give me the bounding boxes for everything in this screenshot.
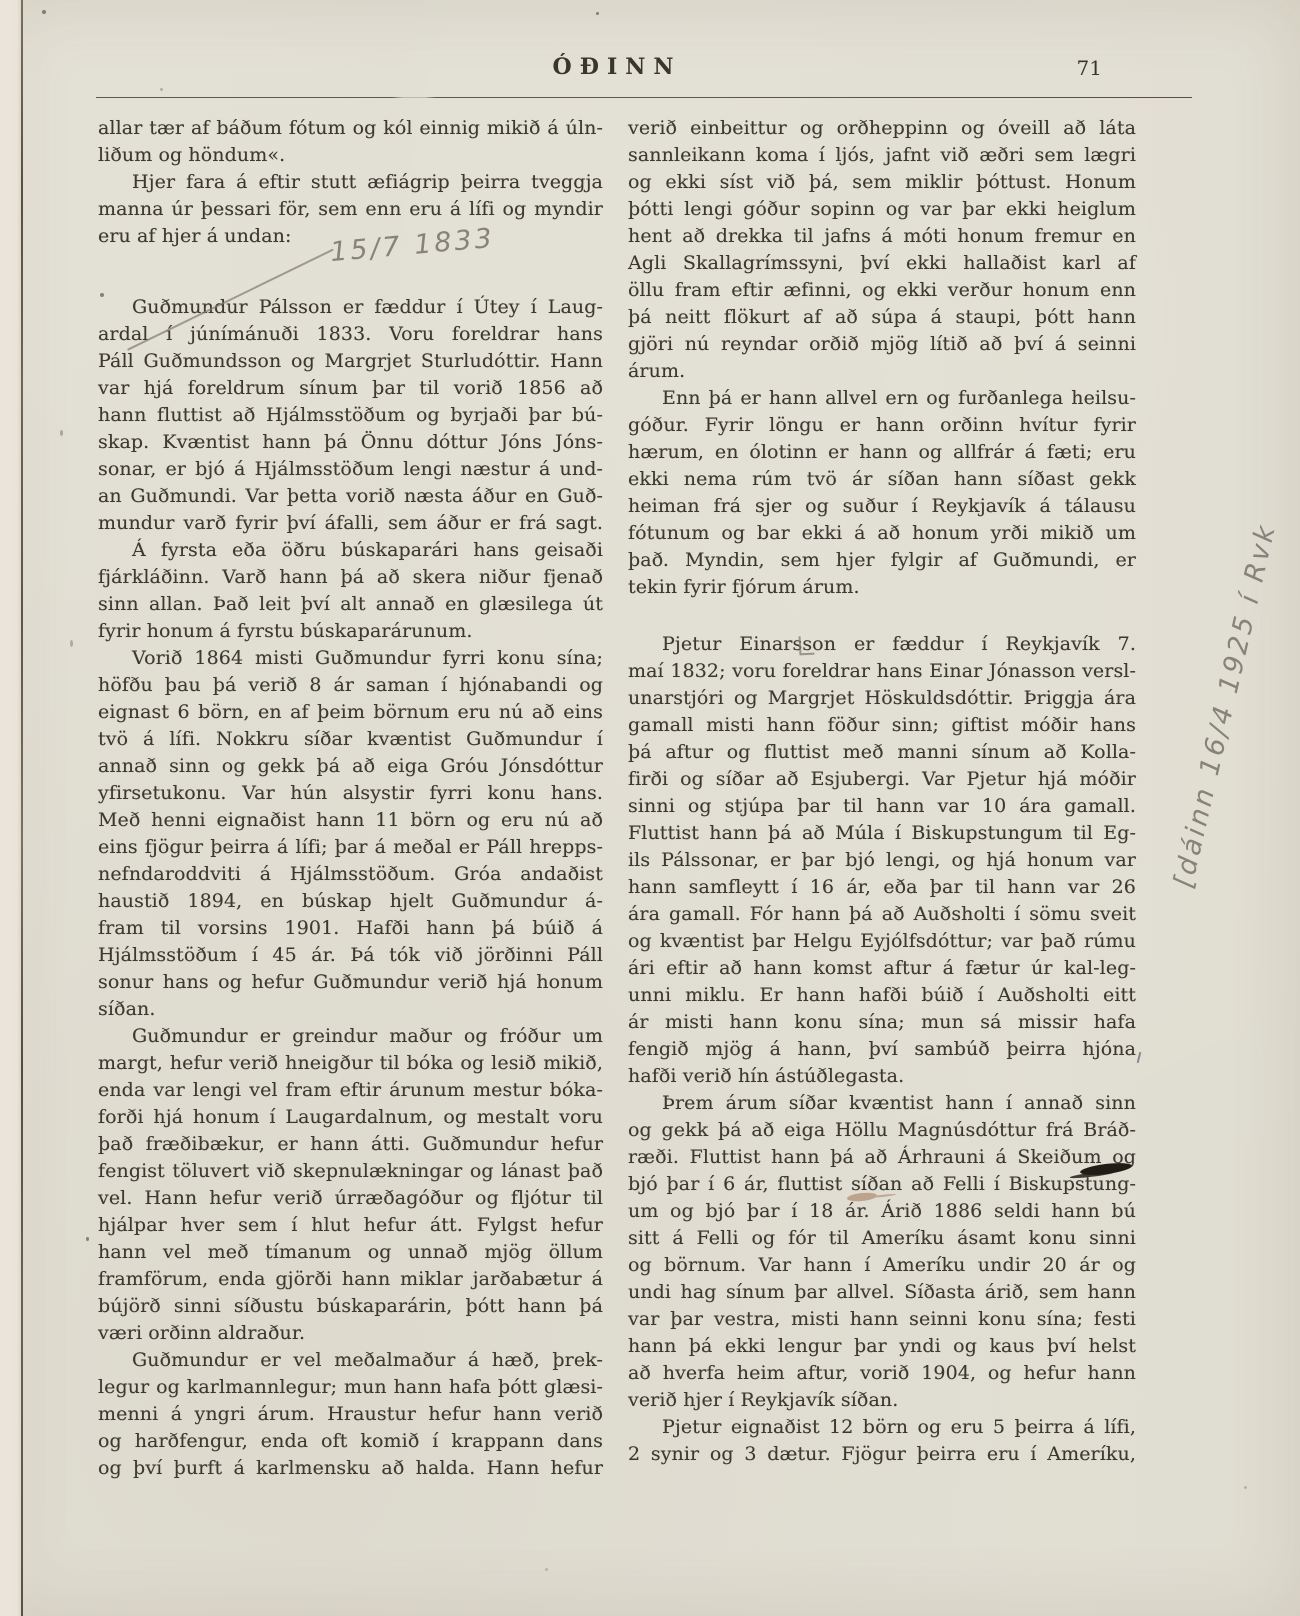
text-line: yfirsetukonu. Var hún alsystir fyrri kon… (98, 780, 603, 807)
text-line: tvö á lífi. Nokkru síðar kvæntist Guðmun… (98, 726, 603, 753)
text-line: sinn allan. Það leit því alt annað en gl… (98, 591, 603, 618)
text-line: ári eftir að hann komst aftur á fætur úr… (628, 955, 1136, 982)
text-line: verið einbeittur og orðheppinn og óveill… (628, 115, 1136, 142)
text-line: Fluttist hann þá að Múla í Biskupstungum… (628, 820, 1136, 847)
text-line: eignast 6 börn, en af þeim börnum eru nú… (98, 699, 603, 726)
text-line: allar tær af báðum fótum og kól einnig m… (98, 115, 603, 142)
text-line: um og bjó þar í 18 ár. Árið 1886 seldi h… (628, 1198, 1136, 1225)
text-line: væri orðinn aldraður. (98, 1320, 603, 1347)
paper-speck (100, 293, 104, 297)
text-line: það. Myndin, sem hjer fylgir af Guðmundi… (628, 547, 1136, 574)
text-line: fengið mjög á hann, því sambúð þeirra hj… (628, 1036, 1136, 1063)
paper-speck (60, 430, 63, 436)
pencil-tick-mark (1137, 1052, 1142, 1063)
text-line: Guðmundur er vel meðalmaður á hæð, þrek- (98, 1347, 603, 1374)
text-line: maí 1832; voru foreldrar hans Einar Jóna… (628, 658, 1136, 685)
text-line: fengist töluvert við skepnulækningar og … (98, 1158, 603, 1185)
text-line: manna úr þessari för, sem enn eru á lífi… (98, 196, 603, 223)
text-line: fyrir honum á fyrstu búskaparárunum. (98, 618, 603, 645)
text-line: nefndaroddviti á Hjálmsstöðum. Gróa anda… (98, 861, 603, 888)
text-line: annað sinn og gekk þá að eiga Gróu Jónsd… (98, 753, 603, 780)
text-line: sonur hans og hefur Guðmundur verið hjá … (98, 969, 603, 996)
text-line: unarstjóri og Margrjet Höskuldsdóttir. Þ… (628, 685, 1136, 712)
text-line: og ekki síst við þá, sem miklir þóttust.… (628, 169, 1136, 196)
text-line: ils Pálssonar, er þar bjó lengi, og hjá … (628, 847, 1136, 874)
text-line: an Guðmundi. Var þetta vorið næsta áður … (98, 483, 603, 510)
binding-edge-line (21, 0, 23, 1616)
paper-speck (1244, 1486, 1247, 1489)
paper-speck (160, 88, 163, 91)
text-line: og börnum. Var hann í Ameríku undir 20 á… (628, 1252, 1136, 1279)
text-line: enda var lengi vel fram eftir árunum mes… (98, 1077, 603, 1104)
text-line: sinni og stjúpa þar til hann var 10 ára … (628, 793, 1136, 820)
text-line: árum. (628, 358, 1136, 385)
text-line: það fræðibækur, er hann átti. Guðmundur … (98, 1131, 603, 1158)
text-line: sitt á Felli og fór til Ameríku ásamt ko… (628, 1225, 1136, 1252)
text-line: ekki nema rúm tvö ár síðan hann síðast g… (628, 466, 1136, 493)
text-line: Þrem árum síðar kvæntist hann í annað si… (628, 1090, 1136, 1117)
text-line: hent að drekka til jafns á móti honum fr… (628, 223, 1136, 250)
text-line: margt, hefur verið hneigður til bóka og … (98, 1050, 603, 1077)
scanned-page: ÓÐINN 71 allar tær af báðum fótum og kól… (0, 0, 1300, 1616)
text-line: mundur varð fyrir því áfalli, sem áður e… (98, 510, 603, 537)
text-line: Með henni eignaðist hann 11 börn og eru … (98, 807, 603, 834)
paper-speck (70, 640, 73, 647)
text-line: liðum og höndum«. (98, 142, 603, 169)
text-line: Guðmundur er greindur maður og fróður um (98, 1023, 603, 1050)
text-line: góður. Fyrir löngu er hann orðinn hvítur… (628, 412, 1136, 439)
text-line: Pjetur eignaðist 12 börn og eru 5 þeirra… (628, 1414, 1136, 1441)
text-line: og gekk þá að eiga Höllu Magnúsdóttur fr… (628, 1117, 1136, 1144)
journal-title: ÓÐINN (98, 54, 1136, 80)
text-line: þá neitt flökurt af að súpa á staupi, þó… (628, 304, 1136, 331)
pencil-bracket-mark (799, 636, 815, 656)
text-line: Pjetur Einarsson er fæddur í Reykjavík 7… (628, 631, 1136, 658)
text-line: hafði verið hín ástúðlegasta. (628, 1063, 1136, 1090)
handwritten-margin-note: [dáinn 16/4 1925 í Rvk (1168, 520, 1282, 891)
text-line: gamall misti hann föður sinn; giftist mó… (628, 712, 1136, 739)
text-line: heiman frá sjer og suður í Reykjavík á t… (628, 493, 1136, 520)
text-line: hann þá ekki lengur þar yndi og kaus því… (628, 1333, 1136, 1360)
text-line: sonar, er bjó á Hjálmsstöðum lengi næstu… (98, 456, 603, 483)
text-line: legur og karlmannlegur; mun hann hafa þó… (98, 1374, 603, 1401)
text-line: þótti lengi góður sopinn og var þar ekki… (628, 196, 1136, 223)
text-line: Á fyrsta eða öðru búskaparári hans geisa… (98, 537, 603, 564)
text-line: hann vel með tímanum og unnað mjög öllum (98, 1239, 603, 1266)
text-line: Vorið 1864 misti Guðmundur fyrri konu sí… (98, 645, 603, 672)
text-line: Hjer fara á eftir stutt æfiágrip þeirra … (98, 169, 603, 196)
text-line: fótunum og bar ekki á að honum yrði miki… (628, 520, 1136, 547)
text-line: haustið 1894, en búskap hjelt Guðmundur … (98, 888, 603, 915)
text-line: þá aftur og fluttist með manni sínum að … (628, 739, 1136, 766)
text-line: skap. Kvæntist hann þá Önnu dóttur Jóns … (98, 429, 603, 456)
text-line: Guðmundur Pálsson er fæddur í Útey í Lau… (98, 294, 603, 321)
text-line: vel. Hann hefur verið úrræðagóður og flj… (98, 1185, 603, 1212)
text-line: Hjálmsstöðum í 45 ár. Þá tók við jörðinn… (98, 942, 603, 969)
header-rule (96, 97, 1192, 98)
text-line: unni miklu. Er hann hafði búið í Auðshol… (628, 982, 1136, 1009)
text-line: ár misti hann konu sína; mun sá missir h… (628, 1009, 1136, 1036)
text-line: höfðu þau þá verið 8 ár saman í hjónaban… (98, 672, 603, 699)
text-line: tekin fyrir fjórum árum. (628, 574, 1136, 601)
text-line: framförum, enda gjörði hann miklar jarða… (98, 1266, 603, 1293)
text-line: var þar vestra, misti hann seinni konu s… (628, 1306, 1136, 1333)
text-line: undi hag sínum þar allvel. Síðasta árið,… (628, 1279, 1136, 1306)
text-line: Agli Skallagrímssyni, því ekki hallaðist… (628, 250, 1136, 277)
text-line: bjó þar í 6 ár, fluttist síðan að Felli … (628, 1171, 1136, 1198)
text-line: og harðfengur, enda oft komið í krappann… (98, 1428, 603, 1455)
text-line: hann fluttist að Hjálmsstöðum og byrjaði… (98, 402, 603, 429)
text-line: ræði. Fluttist hann þá að Árhrauni á Ske… (628, 1144, 1136, 1171)
page-edge-strip (0, 0, 21, 1616)
paper-speck (42, 10, 46, 14)
text-line: öllu fram eftir æfinni, og ekki verður h… (628, 277, 1136, 304)
page-number: 71 (1077, 56, 1102, 80)
text-line: fjárkláðinn. Varð hann þá að skera niður… (98, 564, 603, 591)
paragraph-gap (628, 601, 1136, 631)
paper-speck (86, 1237, 89, 1241)
text-line: bújörð sinni síðustu búskaparárin, þótt … (98, 1293, 603, 1320)
text-line: síðan. (98, 996, 603, 1023)
text-line: að hverfa heim aftur, vorið 1904, og hef… (628, 1360, 1136, 1387)
text-line: hjálpar hver sem í hlut hefur átt. Fylgs… (98, 1212, 603, 1239)
text-line: verið hjer í Reykjavík síðan. (628, 1387, 1136, 1414)
text-line: Páll Guðmundsson og Margrjet Sturludótti… (98, 348, 603, 375)
text-line: forði hjá honum í Laugardalnum, og mesta… (98, 1104, 603, 1131)
text-line: hann samfleytt í 16 ár, eða þar til hann… (628, 874, 1136, 901)
text-line: eins fjögur þeirra á lífi; þar á meðal e… (98, 834, 603, 861)
text-line: var hjá foreldrum sínum þar til vorið 18… (98, 375, 603, 402)
text-line: Enn þá er hann allvel ern og furðanlega … (628, 385, 1136, 412)
text-line: og því þurft á karlmensku að halda. Hann… (98, 1455, 603, 1482)
left-column: allar tær af báðum fótum og kól einnig m… (98, 115, 603, 1482)
text-line: firði og síðar að Esjubergi. Var Pjetur … (628, 766, 1136, 793)
text-line: sannleikann koma í ljós, jafnt við æðri … (628, 142, 1136, 169)
text-line: hærum, en ólotinn er hann og allfrár á f… (628, 439, 1136, 466)
text-line: fram til vorsins 1901. Hafði hann þá búi… (98, 915, 603, 942)
text-line: og kvæntist þar Helgu Eyjólfsdóttur; var… (628, 928, 1136, 955)
text-line: 2 synir og 3 dætur. Fjögur þeirra eru í … (628, 1441, 1136, 1468)
text-line: ára gamall. Fór hann þá að Auðsholti í s… (628, 901, 1136, 928)
text-line: menni á yngri árum. Hraustur hefur hann … (98, 1401, 603, 1428)
text-columns: allar tær af báðum fótum og kól einnig m… (98, 115, 1136, 1482)
paper-speck (545, 1568, 548, 1571)
text-line: gjöri nú reyndar orðið mjög lítið að því… (628, 331, 1136, 358)
right-column: verið einbeittur og orðheppinn og óveill… (628, 115, 1136, 1482)
paper-speck (596, 12, 599, 15)
